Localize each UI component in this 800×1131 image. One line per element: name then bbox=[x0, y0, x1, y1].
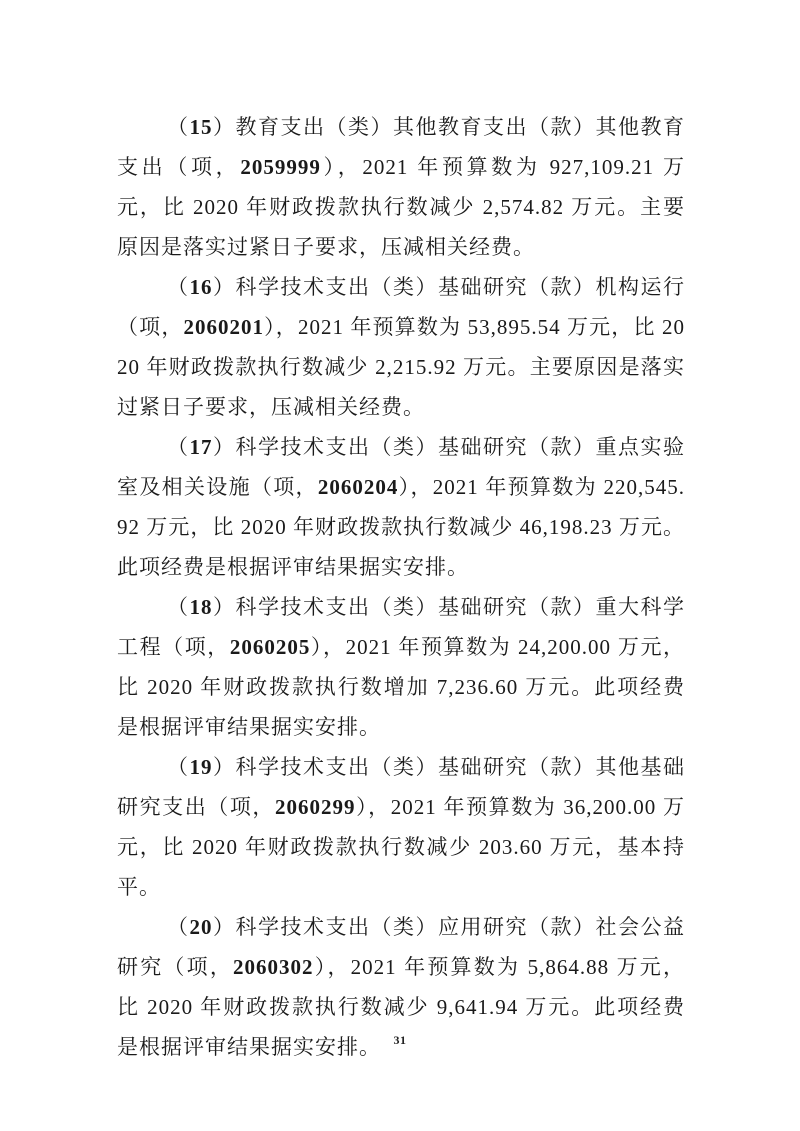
paragraph-item-18: （18）科学技术支出（类）基础研究（款）重大科学工程（项，2060205），20… bbox=[117, 587, 685, 747]
paragraph-item-17: （17）科学技术支出（类）基础研究（款）重点实验室及相关设施（项，2060204… bbox=[117, 427, 685, 587]
budget-item-code: 2060204 bbox=[318, 475, 399, 499]
paragraph-item-15: （15）教育支出（类）其他教育支出（款）其他教育支出（项，2059999），20… bbox=[117, 107, 685, 267]
paragraph-number: 20 bbox=[190, 915, 213, 939]
paragraph-item-16: （16）科学技术支出（类）基础研究（款）机构运行（项，2060201），2021… bbox=[117, 267, 685, 427]
paragraph-open-paren: （ bbox=[167, 115, 190, 139]
document-page: （15）教育支出（类）其他教育支出（款）其他教育支出（项，2059999），20… bbox=[0, 0, 800, 1131]
paragraph-number: 18 bbox=[190, 595, 213, 619]
paragraph-open-paren: （ bbox=[167, 915, 190, 939]
paragraph-open-paren: （ bbox=[167, 435, 190, 459]
paragraph-number: 19 bbox=[190, 755, 213, 779]
budget-item-code: 2060201 bbox=[183, 315, 264, 339]
paragraph-open-paren: （ bbox=[167, 275, 190, 299]
budget-item-code: 2060302 bbox=[233, 955, 314, 979]
paragraph-number: 17 bbox=[190, 435, 213, 459]
paragraph-open-paren: （ bbox=[167, 595, 190, 619]
budget-item-code: 2060205 bbox=[230, 635, 311, 659]
budget-item-code: 2059999 bbox=[240, 155, 321, 179]
paragraph-number: 16 bbox=[190, 275, 213, 299]
paragraph-item-19: （19）科学技术支出（类）基础研究（款）其他基础研究支出（项，2060299），… bbox=[117, 747, 685, 907]
budget-item-code: 2060299 bbox=[275, 795, 356, 819]
page-number: 31 bbox=[0, 1033, 800, 1048]
paragraph-number: 15 bbox=[190, 115, 213, 139]
paragraph-open-paren: （ bbox=[167, 755, 190, 779]
document-body-text: （15）教育支出（类）其他教育支出（款）其他教育支出（项，2059999），20… bbox=[117, 107, 685, 1067]
